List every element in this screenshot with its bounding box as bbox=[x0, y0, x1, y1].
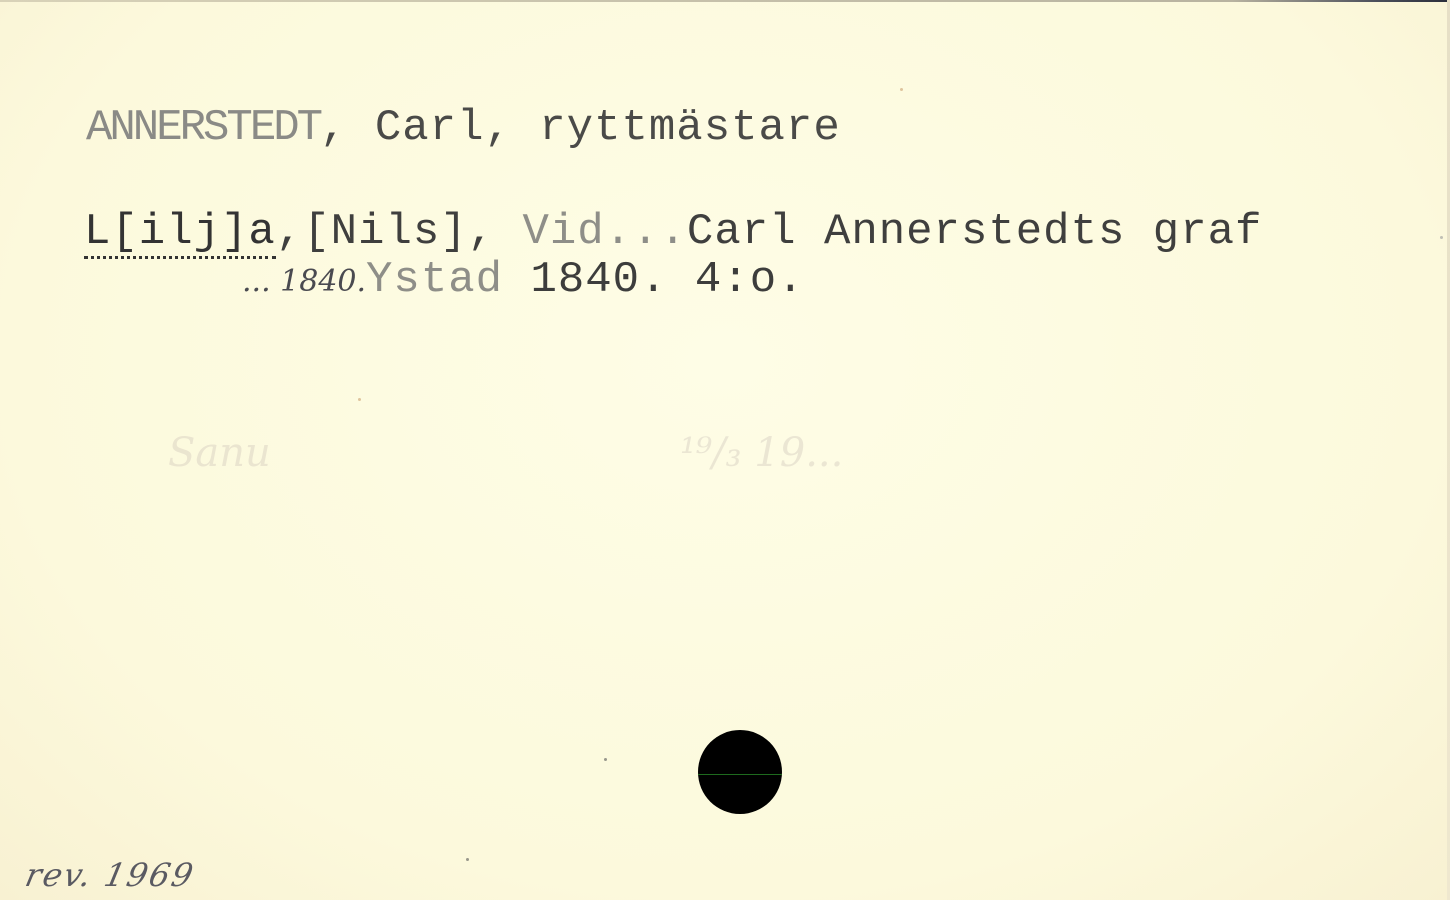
entry-title-start: Vid... bbox=[522, 207, 686, 257]
paper-speck bbox=[900, 88, 903, 91]
catalog-card: ANNERSTEDT, Carl, ryttmästare L[ilj]a,[N… bbox=[0, 0, 1450, 900]
card-heading: ANNERSTEDT, Carl, ryttmästare bbox=[86, 106, 841, 150]
paper-speck bbox=[466, 858, 469, 861]
entry-line-1: L[ilj]a,[Nils], Vid...Carl Annerstedts g… bbox=[84, 210, 1262, 259]
entry-title: Carl Annerstedts graf bbox=[687, 207, 1263, 257]
paper-speck bbox=[1440, 236, 1443, 239]
revision-note: rev. 1969 bbox=[22, 856, 198, 894]
entry-author-rest: ,[Nils], bbox=[276, 207, 523, 257]
ghost-text-right: ¹⁹/₃ 19... bbox=[680, 430, 843, 476]
punch-hole bbox=[698, 730, 782, 814]
entry-handwritten-date: ... 1840. bbox=[242, 264, 366, 299]
ghost-text-left: Sanu bbox=[168, 430, 271, 476]
entry-author-underlined: L[ilj]a bbox=[84, 210, 276, 259]
heading-surname: ANNERSTEDT bbox=[86, 103, 320, 153]
paper-speck bbox=[604, 758, 607, 761]
entry-imprint: 1840. 4:o. bbox=[503, 255, 804, 305]
heading-forename-title: , Carl, ryttmästare bbox=[320, 103, 841, 153]
entry-place: Ystad bbox=[366, 255, 503, 305]
entry-line-2: ... 1840.Ystad 1840. 4:o. bbox=[242, 258, 805, 302]
paper-speck bbox=[358, 398, 361, 401]
card-top-edge bbox=[0, 0, 1450, 2]
